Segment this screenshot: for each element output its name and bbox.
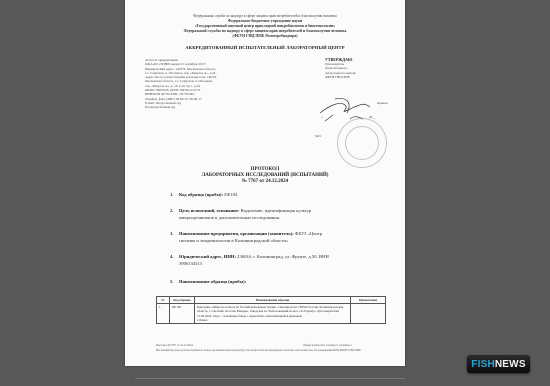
item-label: Юридический адрес, ИНН: bbox=[179, 254, 236, 259]
sample-quantity: 1 Банка bbox=[197, 318, 348, 322]
item-label: Наименование предприятия, организации (з… bbox=[179, 231, 294, 236]
item-value: ФБУЗ «Центр bbox=[295, 231, 322, 236]
address-line: Ilcenter@obolensk.org bbox=[145, 105, 217, 109]
item-label: Код образца (пробы): bbox=[179, 192, 223, 197]
logo-news-text: NEWS bbox=[495, 359, 526, 370]
address-block: Аттестат аккредитации №RA.RU.21ЦН03 выда… bbox=[145, 58, 217, 110]
col-header-no: № bbox=[157, 297, 170, 304]
footer-page-count: Общее количество страниц 3, страница 1 bbox=[303, 344, 352, 347]
samples-table: № Код образца Наименование образца Приме… bbox=[156, 296, 386, 324]
stamp-inner-ring bbox=[345, 126, 379, 160]
item-value: Выделение, идентификация культур bbox=[241, 208, 312, 213]
item-number: 5. bbox=[170, 279, 179, 286]
item-legal-address-cont: 3906134513 bbox=[179, 261, 202, 268]
item-sample-name: 5.Наименование образца (пробы): bbox=[170, 279, 246, 286]
cell-no: 1. bbox=[157, 304, 170, 324]
footer-protocol-ref: Протокол №7767 от 24.12.2024 bbox=[156, 344, 193, 347]
item-test-purpose: 2.Цель испытаний, основание: Выделение, … bbox=[170, 208, 311, 215]
item-legal-address: 4.Юридический адрес, ИНН: 236016, г. Кал… bbox=[170, 254, 329, 261]
table-header-row: № Код образца Наименование образца Приме… bbox=[157, 297, 386, 304]
cell-code: DE184 bbox=[170, 304, 195, 324]
cell-name: Консервы «Шпроты в масле из балтийской к… bbox=[195, 304, 351, 324]
table-row: 1. DE184 Консервы «Шпроты в масле из бал… bbox=[157, 304, 386, 324]
cell-note bbox=[351, 304, 386, 324]
lab-center-title: АККРЕДИТОВАННЫЙ ИСПЫТАТЕЛЬНЫЙ ЛАБОРАТОРН… bbox=[125, 45, 405, 50]
fishnews-watermark-logo: FISHNEWS bbox=[467, 355, 530, 373]
signer-name: Кремов bbox=[377, 101, 388, 105]
item-number: 1. bbox=[170, 192, 179, 199]
protocol-number: № 7767 от 24.12.2024 bbox=[125, 179, 405, 186]
next-page-edge bbox=[135, 378, 405, 379]
approval-block: УТВЕРЖДАЮ Руководитель испытательного ла… bbox=[325, 57, 356, 79]
item-number: 2. bbox=[170, 208, 179, 215]
item-applicant: 3.Наименование предприятия, организации … bbox=[170, 231, 322, 238]
item-number: 4. bbox=[170, 254, 179, 261]
item-label: Цель испытаний, основание: bbox=[179, 208, 239, 213]
scanned-document-page: Федеральная служба по надзору в сфере за… bbox=[125, 0, 405, 366]
item-applicant-cont: гигиены и эпидемиологии в Калининградско… bbox=[179, 238, 288, 245]
item-label: Наименование образца (пробы): bbox=[179, 279, 246, 284]
stamp-seal bbox=[337, 118, 387, 168]
col-header-code: Код образца bbox=[170, 297, 195, 304]
item-sample-code: 1.Код образца (пробы): DE184 bbox=[170, 192, 237, 199]
item-value: DE184 bbox=[224, 192, 237, 197]
sample-description: Консервы «Шпроты в масле из балтийской к… bbox=[197, 305, 348, 318]
logo-fish-text: FISH bbox=[471, 359, 495, 370]
stamp-label: М.П. bbox=[315, 134, 321, 138]
footer-disclaimer: Настоящий протокол распространяется толь… bbox=[156, 349, 396, 353]
item-value: 236016, г. Калининград, ул. Фрунзе, д.50… bbox=[237, 254, 329, 259]
approval-line: ФБУН ГНЦ ПМБ bbox=[325, 75, 356, 79]
col-header-note: Примечание bbox=[351, 297, 386, 304]
col-header-name: Наименование образца bbox=[195, 297, 351, 304]
date-prefix: « bbox=[321, 115, 323, 119]
item-test-purpose-cont: микроорганизмов и дополнительные исследо… bbox=[179, 215, 280, 222]
header-abbreviation: (ФБУН ГНЦ ПМБ Роспотребнадзора) bbox=[125, 34, 405, 39]
item-number: 3. bbox=[170, 231, 179, 238]
